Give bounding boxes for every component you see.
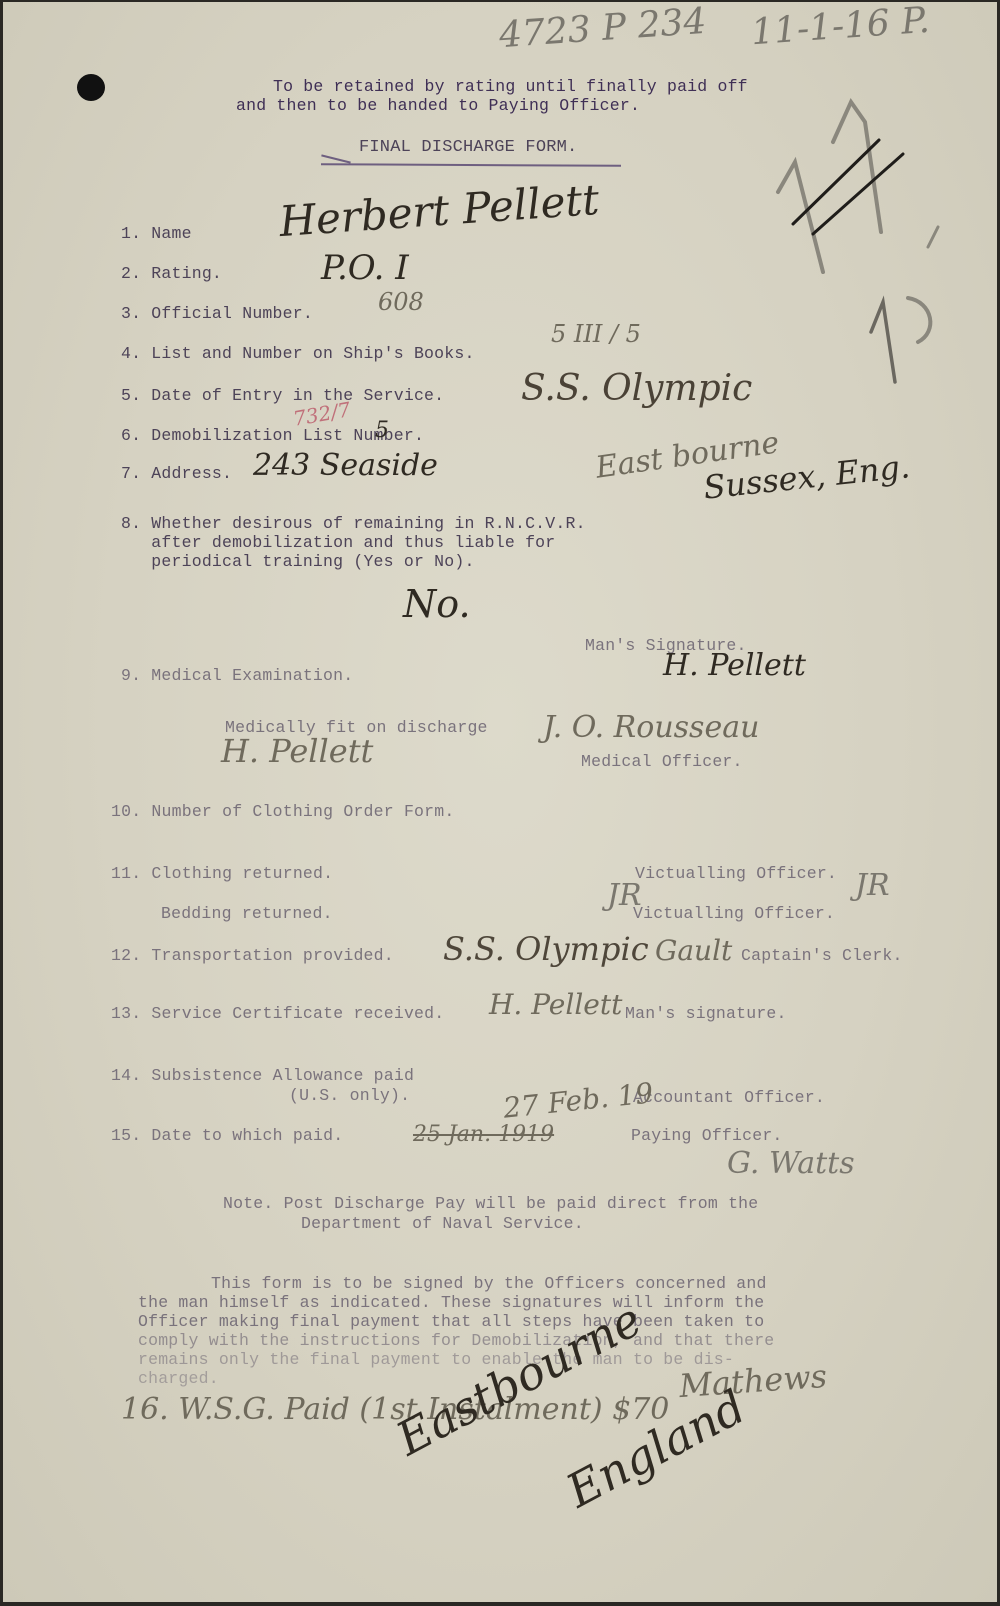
mans-signature: H. Pellett [663, 648, 806, 683]
field-clothing-returned-label: 11. Clothing returned. [111, 864, 333, 883]
field-official-number-label: 3. Official Number. [121, 304, 313, 323]
field-bedding-officer-label: Victualling Officer. [633, 904, 835, 923]
field-entry-date-label: 5. Date of Entry in the Service. [121, 386, 444, 405]
field-service-certificate-label: 13. Service Certificate received. [111, 1004, 444, 1023]
discharge-form-page: 4723 P 234 11-1-16 P. To be retained by … [3, 2, 997, 1602]
instructions-line-3: Officer making final payment that all st… [138, 1312, 764, 1331]
field-address-label: 7. Address. [121, 464, 232, 483]
field-service-certificate-signature: H. Pellett [489, 988, 622, 1021]
field-rating-value: P.O. I [321, 248, 409, 288]
field-clothing-order-label: 10. Number of Clothing Order Form. [111, 802, 454, 821]
field-reserve-label-line3: periodical training (Yes or No). [121, 552, 475, 571]
field-reserve-value: No. [403, 582, 471, 626]
field-entry-date-value: S.S. Olympic [521, 368, 752, 409]
field-clothing-officer-label: Victualling Officer. [635, 864, 837, 883]
field-ship-books-label: 4. List and Number on Ship's Books. [121, 344, 475, 363]
field-address-line1: 243 Seaside [253, 448, 438, 483]
field-name-label: 1. Name [121, 224, 192, 243]
field-date-paid-struck-value: 25 Jan. 1919 [413, 1122, 554, 1147]
field-date-paid-officer-label: Paying Officer. [631, 1126, 783, 1145]
field-date-paid-signature: G. Watts [727, 1146, 855, 1181]
field-service-certificate-officer-label: Man's signature. [625, 1004, 787, 1023]
field-bedding-returned-label: Bedding returned. [161, 904, 333, 923]
field-reserve-label-line2: after demobilization and thus liable for [121, 533, 555, 552]
field-reserve-label-line1: 8. Whether desirous of remaining in R.N.… [121, 514, 586, 533]
field-rating-label: 2. Rating. [121, 264, 222, 283]
field-demob-list-value: 5 [375, 418, 389, 443]
field-medical-officer-label: Medical Officer. [581, 752, 743, 771]
field-medical-label: 9. Medical Examination. [121, 666, 353, 685]
instructions-line-5: remains only the final payment to enable… [138, 1350, 734, 1369]
instructions-line-2: the man himself as indicated. These sign… [138, 1293, 764, 1312]
field-subsistence-officer-label: Accountant Officer. [633, 1088, 825, 1107]
field-transportation-officer-label: Captain's Clerk. [741, 946, 903, 965]
instructions-line-4: comply with the instructions for Demobil… [138, 1331, 774, 1350]
field-transportation-label: 12. Transportation provided. [111, 946, 394, 965]
note-line-2: Department of Naval Service. [301, 1214, 584, 1233]
note-line-1: Note. Post Discharge Pay will be paid di… [223, 1194, 758, 1213]
field-clothing-initials: JR [855, 868, 890, 903]
field-date-paid-label: 15. Date to which paid. [111, 1126, 343, 1145]
field-official-number-value: 608 [378, 288, 424, 316]
field-subsistence-label-line2: (U.S. only). [289, 1086, 410, 1105]
field-ship-books-value: 5 III / 5 [551, 320, 641, 348]
field-subsistence-label-line1: 14. Subsistence Allowance paid [111, 1066, 414, 1085]
field-medical-officer-signature: J. O. Rousseau [543, 710, 759, 745]
field-medical-man-signature: H. Pellett [221, 732, 373, 770]
instructions-line-1: This form is to be signed by the Officer… [211, 1274, 767, 1293]
field-transportation-signature: Gault [655, 934, 732, 967]
field-bedding-initials: JR [607, 878, 642, 913]
instructions-line-6: charged. [138, 1369, 219, 1388]
field-transportation-value: S.S. Olympic [443, 930, 649, 968]
